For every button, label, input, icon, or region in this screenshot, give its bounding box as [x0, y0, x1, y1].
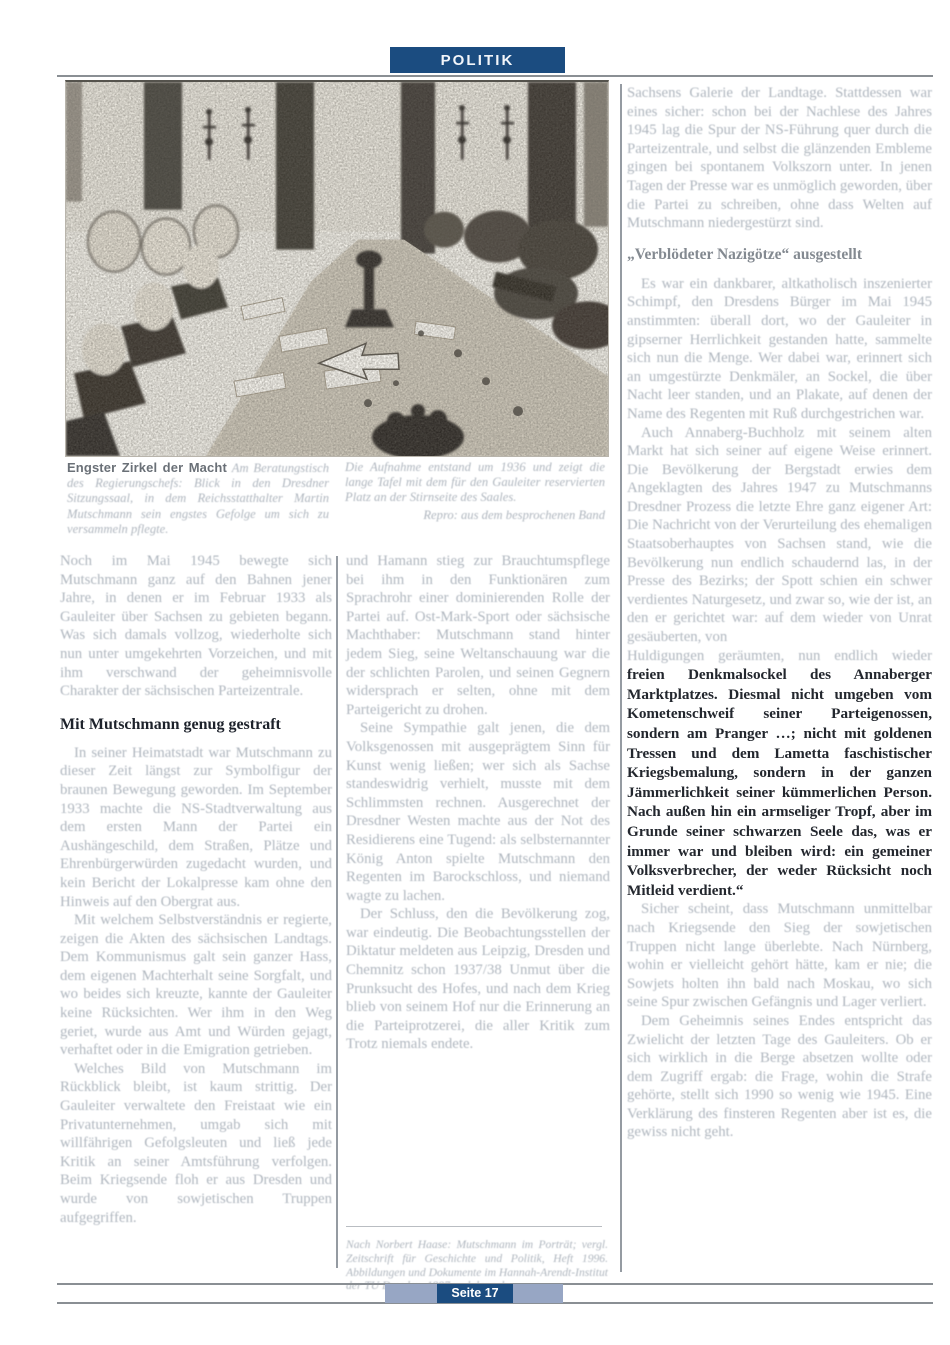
column-left: Noch im Mai 1945 bewegte sich Mutschmann… [60, 552, 332, 1227]
faded-paragraph: Sicher scheint, dass Mutschmann unmittel… [627, 900, 932, 1012]
magazine-page: POLITIK [0, 0, 950, 1345]
section-header-box: POLITIK [390, 47, 565, 73]
faded-paragraph: Dem Geheimnis seines Endes entspricht da… [627, 1012, 932, 1142]
heading-mit-mutschmann-genug-gestraft: Mit Mutschmann genug gestraft [60, 715, 332, 734]
column-right: Sachsens Galerie der Landtage. Stattdess… [627, 84, 932, 1142]
column-divider-left-middle [336, 556, 338, 1268]
quote-bold-text: freien Denkmalsockel des Annaberger Mark… [627, 666, 932, 899]
faded-paragraph: Welches Bild von Mutschmann im Rückblick… [60, 1060, 332, 1227]
photo-caption-right: Die Aufnahme entstand um 1936 und zeigt … [345, 460, 605, 523]
faded-paragraph: Sachsens Galerie der Landtage. Stattdess… [627, 84, 932, 233]
caption-text-right: Die Aufnahme entstand um 1936 und zeigt … [345, 460, 605, 504]
faded-paragraph: und Hamann stieg zur Brauchtumspflege be… [346, 552, 610, 719]
faded-paragraph: Seine Sympathie galt jenen, die dem Volk… [346, 719, 610, 905]
faded-paragraph: In seiner Heimatstadt war Mutschmann zu … [60, 744, 332, 911]
faded-paragraph: Auch Annaberg-Buchholz mit seinem alten … [627, 424, 932, 647]
column-middle: und Hamann stieg zur Brauchtumspflege be… [346, 552, 610, 1054]
photo-caption-left: Engster Zirkel der Macht Am Beratungstis… [67, 460, 329, 537]
faded-paragraph: Es war ein dankbarer, altkatholisch insz… [627, 275, 932, 424]
footer-page-bar: Seite 17 [385, 1284, 563, 1303]
caption-lead: Engster Zirkel der Macht [67, 460, 227, 475]
halftone-photo-illustration [66, 82, 608, 456]
column-divider-middle-right [620, 84, 622, 1272]
footer-page-label: Seite 17 [451, 1286, 498, 1300]
header-rule [57, 75, 933, 77]
faded-paragraph: Mit welchem Selbstverständnis er regiert… [60, 911, 332, 1060]
faded-paragraph: Noch im Mai 1945 bewegte sich Mutschmann… [60, 552, 332, 701]
caption-credit: Repro: aus dem besprochenen Band [345, 508, 605, 523]
quote-lead-in: Huldigungen geräumten, nun endlich wiede… [627, 648, 932, 664]
bold-quote-paragraph: Huldigungen geräumten, nun endlich wiede… [627, 647, 932, 901]
footnote-divider [346, 1226, 602, 1227]
footer-page-box: Seite 17 [437, 1284, 513, 1303]
heading-verbloedeter-nazigoetze: „Verblödeter Nazigötze“ ausgestellt [627, 245, 932, 264]
section-label: POLITIK [441, 52, 515, 69]
faded-paragraph: Der Schluss, den die Bevölkerung zog, wa… [346, 905, 610, 1054]
conference-photo [65, 80, 609, 457]
